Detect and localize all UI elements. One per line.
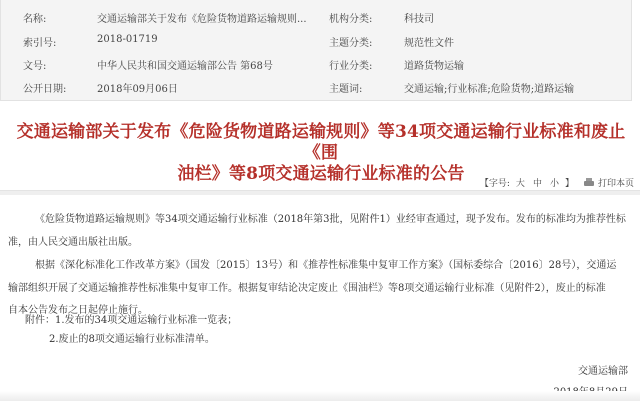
attachment-1-link[interactable]: 1.发布的34项交通运输行业标准一览表；: [55, 315, 237, 326]
printer-icon[interactable]: [584, 178, 594, 187]
meta-label: 主题词:: [329, 80, 362, 95]
divider: [0, 190, 640, 195]
font-size-medium-button[interactable]: 中: [533, 176, 542, 189]
paragraph-1-line-2: 准，由人民交通出版社出版。: [8, 233, 138, 248]
attachments: 附件：1.发布的34项交通运输行业标准一览表；: [25, 311, 237, 326]
font-size-small-button[interactable]: 小: [550, 176, 559, 189]
font-size-label: 【字号:: [480, 176, 510, 189]
bottom-fade: [0, 391, 640, 401]
title-line-2: 油栏》等8项交通运输行业标准的公告: [177, 164, 464, 184]
meta-value: 2018-01719: [97, 34, 158, 45]
paragraph-2-line-1: 根据《深化标准化工作改革方案》（国发〔2015〕13号）和《推荐性标准集中复审工…: [35, 256, 616, 271]
meta-label: 主题分类:: [329, 34, 372, 49]
article-toolbar: 【字号: 大 中 小 】 打印本页: [480, 176, 634, 189]
font-size-bracket: 】: [565, 176, 574, 189]
meta-label: 行业分类:: [329, 57, 372, 72]
paragraph-2-line-2: 输部组织开展了交通运输推荐性标准集中复审工作。根据复审结论决定废止《围油栏》等8…: [8, 279, 606, 294]
meta-value: 规范性文件: [404, 34, 454, 49]
document-metadata-panel: 名称: 交通运输部关于发布《危险货物道路运输规则... 索引号: 2018-01…: [0, 0, 632, 101]
attachment-label: 附件：: [25, 315, 55, 326]
paragraph-1-line-1: 《危险货物道路运输规则》等34项交通运输行业标准（2018年第3批，见附件1）业…: [35, 210, 626, 225]
print-page-link[interactable]: 打印本页: [598, 176, 634, 189]
meta-value: 科技司: [404, 10, 434, 25]
meta-label: 机构分类:: [329, 10, 372, 25]
meta-value: 交通运输;行业标准;危险货物;道路运输: [404, 80, 574, 95]
meta-label: 文号:: [23, 57, 46, 72]
meta-value: 2018年09月06日: [97, 80, 178, 95]
signature-org: 交通运输部: [578, 362, 628, 377]
meta-value: 道路货物运输: [404, 57, 464, 72]
meta-value: 中华人民共和国交通运输部公告 第68号: [97, 57, 273, 72]
title-line-1: 交通运输部关于发布《危险货物道路运输规则》等34项交通运输行业标准和废止《围: [17, 122, 626, 163]
meta-value: 交通运输部关于发布《危险货物道路运输规则...: [97, 10, 307, 25]
font-size-large-button[interactable]: 大: [516, 176, 525, 189]
meta-label: 索引号:: [23, 34, 56, 49]
attachment-2-link[interactable]: 2.废止的8项交通运输行业标准清单。: [49, 330, 215, 345]
meta-label: 名称:: [23, 10, 46, 25]
meta-label: 公开日期:: [23, 80, 66, 95]
